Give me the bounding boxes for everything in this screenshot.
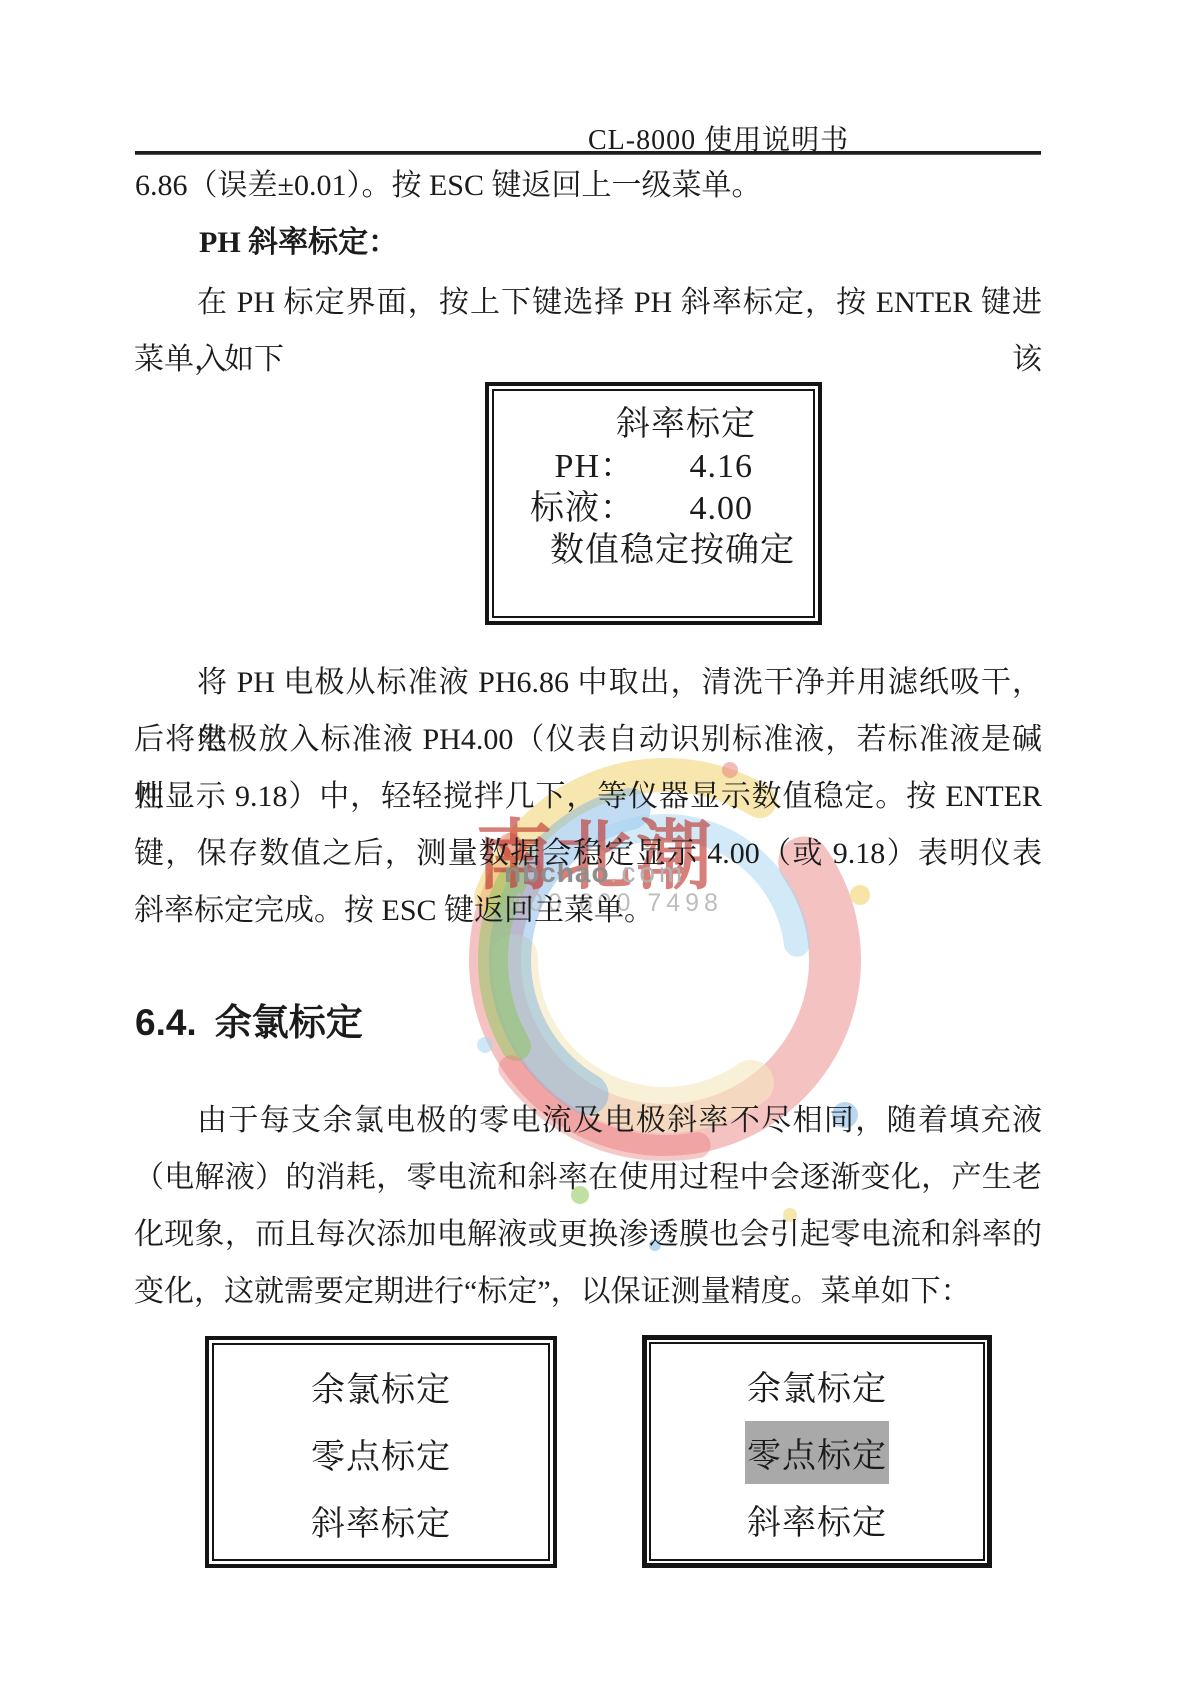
calibration-line-2: 后将电极放入标准液 PH4.00（仪表自动识别标准液，若标准液是碱性 xyxy=(134,711,1042,768)
lcd-title: 斜率标定 xyxy=(494,404,813,446)
menu-right-item-zero-selected: 零点标定 xyxy=(651,1419,983,1486)
lcd-row-standard: 标液： 4.00 xyxy=(494,488,813,530)
calibration-line-1: 将 PH 电极从标准液 PH6.86 中取出，清洗干净并用滤纸吸干，然 xyxy=(134,654,1042,711)
lcd-label-standard: 标液： xyxy=(494,488,635,530)
chlorine-menu-left-box: 余氯标定 零点标定 斜率标定 xyxy=(205,1336,557,1568)
header-rule xyxy=(135,151,1041,155)
chlorine-paragraph: 由于每支余氯电极的零电流及电极斜率不尽相同，随着填充液 （电解液）的消耗，零电流… xyxy=(134,1092,1042,1320)
chlorine-menu-right-inner: 余氯标定 零点标定 斜率标定 xyxy=(649,1342,985,1561)
chlorine-line-1: 由于每支余氯电极的零电流及电极斜率不尽相同，随着填充液 xyxy=(134,1092,1042,1149)
lcd-value-ph: 4.16 xyxy=(635,446,753,488)
lcd-label-ph: PH： xyxy=(494,446,635,488)
lcd-display-inner: 斜率标定 PH： 4.16 标液： 4.00 数值稳定按确定 xyxy=(492,389,815,618)
lcd-row-ph: PH： 4.16 xyxy=(494,446,813,488)
calibration-line-3: 则显示 9.18）中，轻轻搅拌几下，等仪器显示数值稳定。按 ENTER xyxy=(134,768,1042,825)
menu-left-item-zero: 零点标定 xyxy=(214,1420,548,1487)
chlorine-menu-right-box: 余氯标定 零点标定 斜率标定 xyxy=(642,1335,992,1568)
chlorine-line-3: 化现象，而且每次添加电解液或更换渗透膜也会引起零电流和斜率的 xyxy=(134,1206,1042,1263)
menu-left-item-chlorine: 余氯标定 xyxy=(214,1353,548,1420)
chlorine-line-4: 变化，这就需要定期进行“标定”，以保证测量精度。菜单如下： xyxy=(134,1263,1042,1320)
ph-slope-heading: PH 斜率标定： xyxy=(199,221,398,265)
selected-item-highlight: 零点标定 xyxy=(745,1421,889,1484)
calibration-line-5: 斜率标定完成。按 ESC 键返回主菜单。 xyxy=(134,882,1042,939)
menu-right-item-slope: 斜率标定 xyxy=(651,1486,983,1553)
manual-page: 南北潮 nbchao.com 400 600 7498 CL-8000 使用说明… xyxy=(0,0,1200,1697)
section-number: 6.4. xyxy=(135,1002,197,1043)
menu-right-item-chlorine: 余氯标定 xyxy=(651,1352,983,1419)
ph-slope-line-1: 在 PH 标定界面，按上下键选择 PH 斜率标定，按 ENTER 键进入该 xyxy=(134,274,1042,331)
menu-left-item-slope: 斜率标定 xyxy=(214,1487,548,1554)
calibration-paragraph: 将 PH 电极从标准液 PH6.86 中取出，清洗干净并用滤纸吸干，然 后将电极… xyxy=(134,654,1042,939)
ph-slope-paragraph: 在 PH 标定界面，按上下键选择 PH 斜率标定，按 ENTER 键进入该 菜单… xyxy=(134,274,1042,388)
chlorine-line-2: （电解液）的消耗，零电流和斜率在使用过程中会逐渐变化，产生老 xyxy=(134,1149,1042,1206)
intro-line: 6.86（误差±0.01）。按 ESC 键返回上一级菜单。 xyxy=(135,164,761,208)
calibration-line-4: 键，保存数值之后，测量数据会稳定显示 4.00（或 9.18）表明仪表 xyxy=(134,825,1042,882)
lcd-display-box: 斜率标定 PH： 4.16 标液： 4.00 数值稳定按确定 xyxy=(485,382,822,625)
lcd-value-standard: 4.00 xyxy=(635,488,753,530)
section-title: 余氯标定 xyxy=(215,1003,363,1044)
chlorine-menu-left-inner: 余氯标定 零点标定 斜率标定 xyxy=(212,1343,550,1561)
section-heading: 6.4.余氯标定 xyxy=(135,992,363,1046)
lcd-footer: 数值稳定按确定 xyxy=(494,530,813,572)
